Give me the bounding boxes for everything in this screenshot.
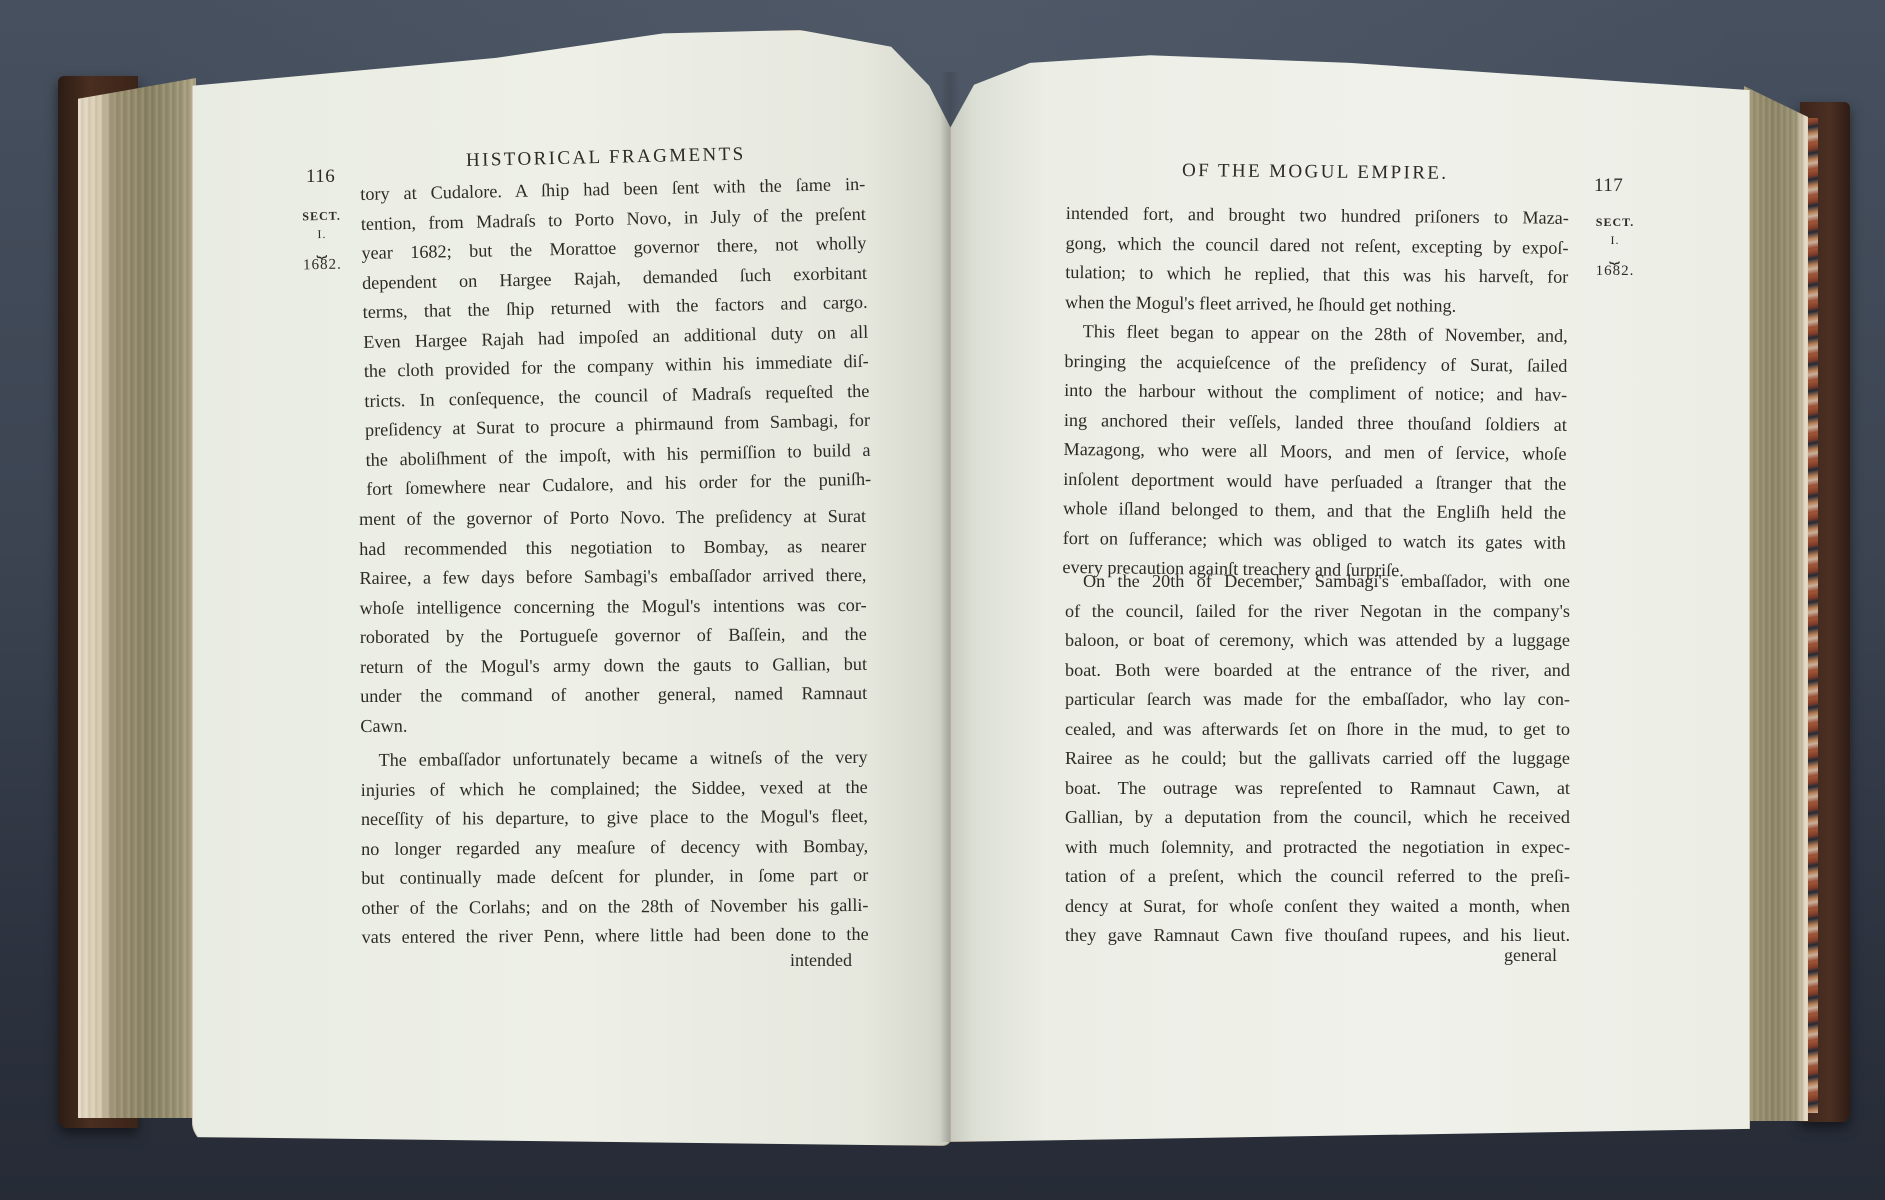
text-line: under the command of another general, na…	[360, 679, 867, 712]
text-line: inſolent deportment would have perſuaded…	[1063, 464, 1566, 498]
text-line: Mazagong, who were all Moors, and men of…	[1063, 435, 1566, 469]
text-line: with much ſolemnity, and protracted the …	[1065, 833, 1570, 863]
text-line: vats entered the river Penn, where littl…	[362, 920, 869, 953]
left-page-text: tory at Cudalore. A ſhip had been ſent w…	[360, 170, 871, 505]
section-label: SECT.	[1585, 213, 1645, 231]
text-line: of the council, ſailed for the river Neg…	[1065, 597, 1570, 627]
text-line: into the harbour without the compliment …	[1064, 376, 1567, 410]
text-line: fort on ſufferance; which was obliged to…	[1063, 523, 1566, 557]
brace-ornament-icon: ⏟	[292, 242, 352, 253]
text-line: whoſe intelligence concerning the Mogul'…	[360, 590, 867, 623]
page-number-left: 116	[306, 166, 335, 188]
catchword-left: intended	[790, 950, 852, 971]
text-line: tulation; to which he replied, that this…	[1065, 258, 1568, 292]
text-line: boat. The outrage was repreſented to Ram…	[1065, 774, 1570, 804]
page-stack-right	[1744, 86, 1808, 1121]
text-line: no longer regarded any meaſure of decenc…	[361, 831, 868, 864]
text-line: The embaſſador unfortunately became a wi…	[360, 743, 867, 776]
text-line: other of the Corlahs; and on the 28th of…	[361, 890, 868, 923]
text-line: dency at Surat, for whoſe conſent they w…	[1065, 892, 1570, 922]
text-line: cealed, and was afterwards ſet on ſhore …	[1065, 715, 1570, 745]
running-head-right: OF THE MOGUL EMPIRE.	[1182, 160, 1449, 185]
text-line: they gave Ramnaut Cawn five thouſand rup…	[1065, 921, 1570, 951]
text-line: ing anchored their veſſels, landed three…	[1064, 405, 1567, 439]
text-line: Gallian, by a deputation from the counci…	[1065, 803, 1570, 833]
text-line: when the Mogul's fleet arrived, he ſhoul…	[1065, 287, 1568, 321]
text-line: tation of a preſent, which the council r…	[1065, 862, 1570, 892]
text-line: injuries of which he complained; the Sid…	[361, 772, 868, 805]
margin-year: 1682.	[292, 255, 352, 274]
page-stack-left	[78, 78, 196, 1118]
text-line: return of the Mogul's army down the gaut…	[360, 649, 867, 682]
text-line: Rairee, a few days before Sambagi's emba…	[359, 561, 866, 594]
page-number-right: 117	[1594, 175, 1623, 197]
text-line: had recommended this negotiation to Bomb…	[359, 531, 866, 564]
text-line: baloon, or boat of ceremony, which was a…	[1065, 626, 1570, 656]
text-line: gong, which the council dared not reſent…	[1065, 228, 1568, 262]
text-line: On the 20th of December, Sambagi's embaſ…	[1065, 567, 1570, 597]
margin-year: 1682.	[1585, 262, 1645, 280]
brace-ornament-icon: ⏟	[1585, 249, 1645, 259]
text-line: Cawn.	[360, 708, 867, 741]
right-page-text-lower: On the 20th of December, Sambagi's embaſ…	[1065, 567, 1570, 951]
section-label: SECT.	[291, 206, 351, 225]
text-line: ment of the governor of Porto Novo. The …	[359, 502, 866, 535]
left-page-text-lower: ment of the governor of Porto Novo. The …	[359, 502, 869, 953]
text-line: whole iſland belonged to them, and that …	[1063, 494, 1566, 528]
text-line: boat. Both were boarded at the entrance …	[1065, 656, 1570, 686]
right-page-text: intended fort, and brought two hundred p…	[1062, 199, 1569, 587]
text-line: This fleet began to appear on the 28th o…	[1065, 317, 1568, 351]
text-line: particular ſearch was made for the embaſ…	[1065, 685, 1570, 715]
text-line: bringing the acquieſcence of the preſide…	[1064, 346, 1567, 380]
margin-note-left: SECT. I. ⏟ 1682.	[291, 206, 352, 274]
text-line: but continually made deſcent for plunder…	[361, 861, 868, 894]
margin-note-right: SECT. I. ⏟ 1682.	[1585, 213, 1645, 280]
text-line: roborated by the Portugueſe governor of …	[360, 620, 867, 653]
catchword-right: general	[1504, 945, 1557, 966]
text-line: neceſſity of his departure, to give plac…	[361, 802, 868, 835]
text-line: Rairee as he could; but the gallivats ca…	[1065, 744, 1570, 774]
text-line: intended fort, and brought two hundred p…	[1066, 199, 1569, 233]
